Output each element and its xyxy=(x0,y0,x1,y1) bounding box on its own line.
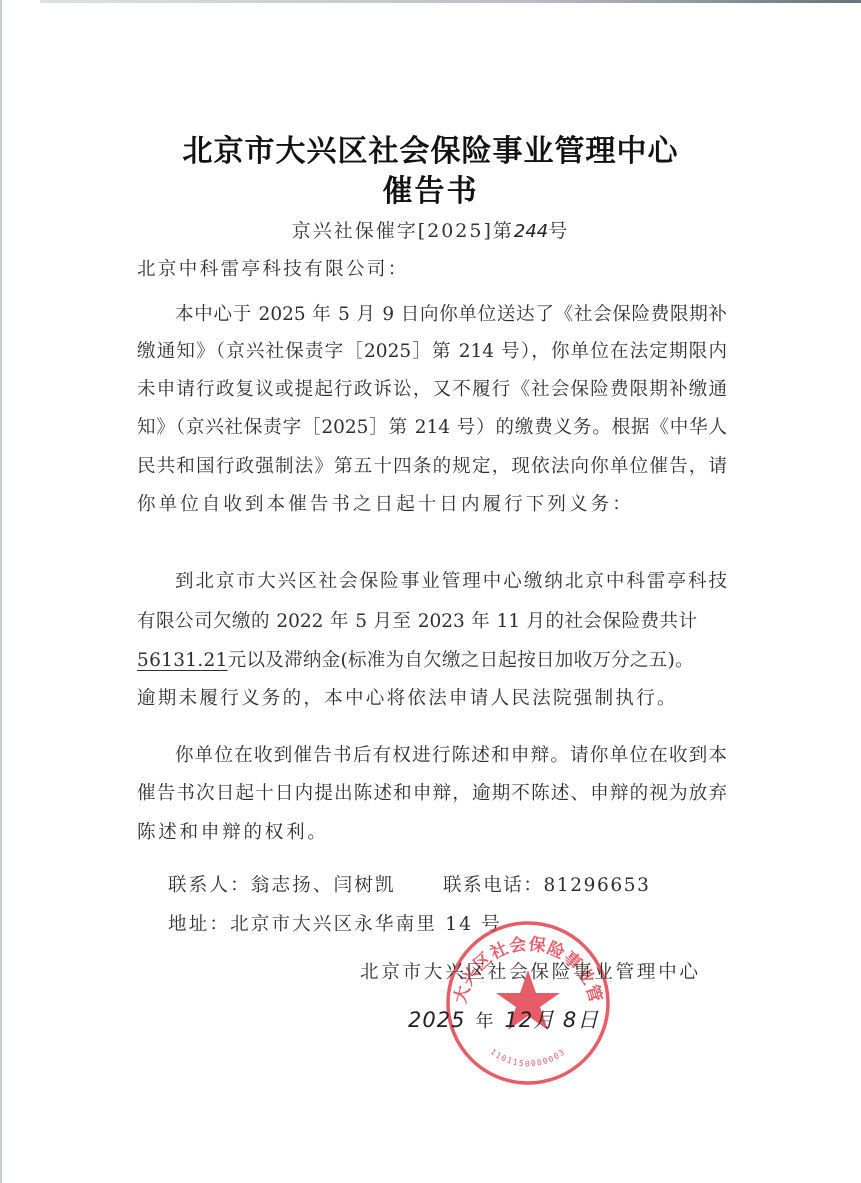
recipient: 北京中科雷亭科技有限公司： xyxy=(137,258,727,282)
arrears-amount: 56131.21 xyxy=(137,650,228,671)
para1-line: 缴通知》（京兴社保责字［2025］第 214 号），你单位在法定期限内 xyxy=(137,340,727,364)
signature-org: 北京市大兴区社会保险事业管理中心 xyxy=(360,958,701,984)
scan-edge xyxy=(40,0,861,3)
contact-person-names: 翁志扬、闫树凯 xyxy=(251,875,396,896)
signed-date: 2025年12月 8日 xyxy=(408,1004,599,1034)
date-year: 2025 xyxy=(408,1008,465,1032)
para1-line: 本中心于 2025 年 5 月 9 日向你单位送达了《社会保险费限期补 xyxy=(175,303,727,327)
address-label: 地址： xyxy=(168,914,230,935)
contact-phone-number: 81296653 xyxy=(544,875,651,896)
doc-type-title: 催告书 xyxy=(0,166,861,210)
contact-phone: 联系电话：81296653 xyxy=(443,874,743,898)
contact-address: 地址：北京市大兴区永华南里 14 号 xyxy=(168,913,758,937)
official-seal-icon: 北京市大兴区社会保险事业管理中心 1101150080003 xyxy=(443,918,613,1088)
para1-line: 知》（京兴社保责字［2025］第 214 号）的缴费义务。根据《中华人 xyxy=(137,416,727,440)
date-month-day: 12月 8日 xyxy=(504,1008,599,1032)
doc-number-suffix: 号 xyxy=(548,220,569,242)
para2-line: 到北京市大兴区社会保险事业管理中心缴纳北京中科雷亭科技 xyxy=(175,570,727,594)
doc-number-prefix: 京兴社保催字[2025]第 xyxy=(292,220,514,242)
org-title: 北京市大兴区社会保险事业管理中心 xyxy=(0,126,861,170)
para1-line: 未申请行政复议或提起行政诉讼，又不履行《社会保险费限期补缴通 xyxy=(137,378,727,402)
para3-line: 催告书次日起十日内提出陈述和申辩，逾期不陈述、申辩的视为放弃 xyxy=(137,782,727,806)
late-fee-text: 元以及滞纳金(标准为自欠缴之日起按日加收万分之五)。 xyxy=(228,650,694,671)
para2-amount-line: 56131.21元以及滞纳金(标准为自欠缴之日起按日加收万分之五)。 xyxy=(137,649,727,673)
svg-text:1101150080003: 1101150080003 xyxy=(489,1047,568,1068)
para3-line: 陈述和申辩的权利。 xyxy=(137,821,727,845)
para1-line: 民共和国行政强制法》第五十四条的规定，现依法向你单位催告，请 xyxy=(137,455,727,479)
contact-phone-label: 联系电话： xyxy=(443,875,544,896)
para3-line: 你单位在收到催告书后有权进行陈述和申辩。请你单位在收到本 xyxy=(175,744,727,768)
para2-line: 逾期未履行义务的，本中心将依法申请人民法院强制执行。 xyxy=(137,687,727,711)
para1-line: 你单位自收到本催告书之日起十日内履行下列义务： xyxy=(137,493,727,517)
address-value: 北京市大兴区永华南里 14 号 xyxy=(230,914,502,935)
contact-person-label: 联系人： xyxy=(168,875,251,896)
doc-number-handwritten: 244 xyxy=(514,221,548,242)
doc-number: 京兴社保催字[2025]第244号 xyxy=(0,216,861,243)
para2-line: 有限公司欠缴的 2022 年 5 月至 2023 年 11 月的社会保险费共计 xyxy=(137,610,697,634)
date-year-label: 年 xyxy=(475,1011,494,1032)
